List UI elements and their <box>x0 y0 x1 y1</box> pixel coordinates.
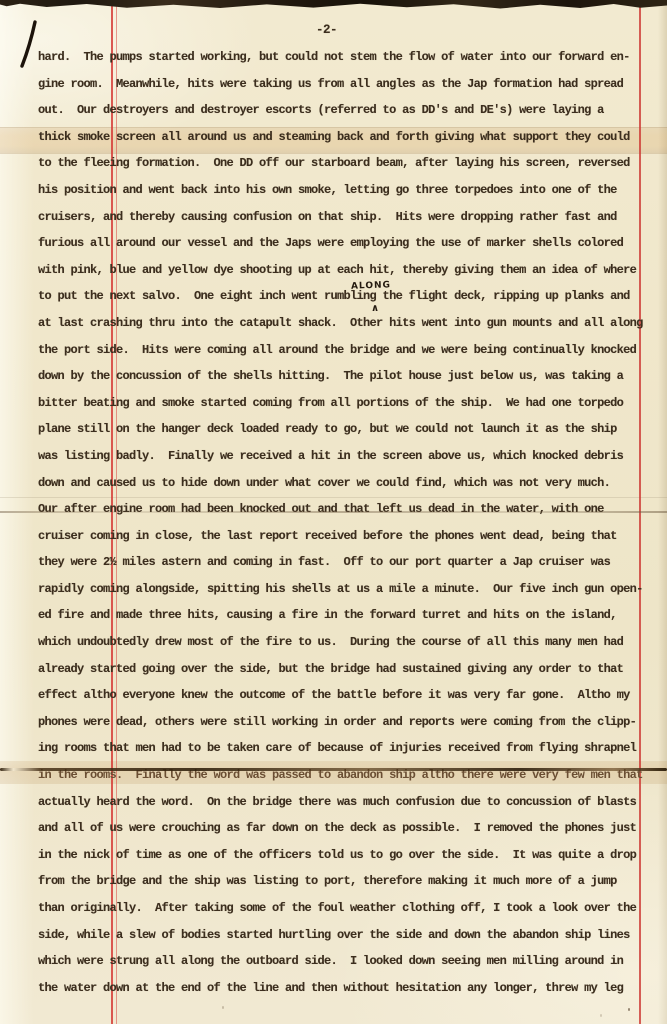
typed-line: gine room. Meanwhile, hits were taking u… <box>38 77 643 104</box>
typed-text-body: hard. The pumps started working, but cou… <box>38 50 643 1007</box>
typed-line: his position and went back into his own … <box>38 183 643 210</box>
typed-line: ing rooms that men had to be taken care … <box>38 741 643 768</box>
handwritten-slash-mark <box>18 20 40 75</box>
typed-line: than originally. After taking some of th… <box>38 901 643 928</box>
typed-line: furious all around our vessel and the Ja… <box>38 236 643 263</box>
typed-line: cruiser coming in close, the last report… <box>38 529 643 556</box>
page-number: -2- <box>316 23 337 37</box>
typed-line: already started going over the side, but… <box>38 662 643 689</box>
typed-line: and all of us were crouching as far down… <box>38 821 643 848</box>
handwritten-insertion-word: ALONG <box>351 280 391 291</box>
typed-line: thick smoke screen all around us and ste… <box>38 130 643 157</box>
typed-line: down and caused us to hide down under wh… <box>38 476 643 503</box>
typed-line: hard. The pumps started working, but cou… <box>38 50 643 77</box>
scanned-document-page: -2- hard. The pumps started working, but… <box>0 0 667 1024</box>
typed-line: to put the next salvo. One eight inch we… <box>38 289 643 316</box>
typed-line: actually heard the word. On the bridge t… <box>38 795 643 822</box>
crease-line-middle <box>0 511 667 513</box>
typed-line: cruisers, and thereby causing confusion … <box>38 210 643 237</box>
scan-top-edge <box>0 0 667 10</box>
typed-line: effect altho everyone knew the outcome o… <box>38 688 643 715</box>
typed-line: plane still on the hanger deck loaded re… <box>38 422 643 449</box>
typed-line: which were strung all along the outboard… <box>38 954 643 981</box>
paper-specks <box>628 1008 630 1011</box>
typed-line: with pink, blue and yellow dye shooting … <box>38 263 643 290</box>
typed-line: to the fleeing formation. One DD off our… <box>38 156 643 183</box>
typed-line: side, while a slew of bodies started hur… <box>38 928 643 955</box>
typed-line: was listing badly. Finally we received a… <box>38 449 643 476</box>
typed-line: ed fire and made three hits, causing a f… <box>38 608 643 635</box>
typed-line: in the rooms. Finally the word was passe… <box>38 768 643 795</box>
typed-line: Our after engine room had been knocked o… <box>38 502 643 529</box>
insertion-caret-icon: ∧ <box>371 303 379 314</box>
typed-line: which undoubtedly drew most of the fire … <box>38 635 643 662</box>
typed-line: the port side. Hits were coming all arou… <box>38 343 643 370</box>
crease-line-dark <box>0 768 667 771</box>
typed-line: phones were dead, others were still work… <box>38 715 643 742</box>
typed-line: they were 2½ miles astern and coming in … <box>38 555 643 582</box>
typed-line: down by the concussion of the shells hit… <box>38 369 643 396</box>
typed-line: bitter beating and smoke started coming … <box>38 396 643 423</box>
typed-line: rapidly coming alongside, spitting his s… <box>38 582 643 609</box>
typed-line: the water down at the end of the line an… <box>38 981 643 1008</box>
typed-line: out. Our destroyers and destroyer escort… <box>38 103 643 130</box>
typed-line: in the nick of time as one of the office… <box>38 848 643 875</box>
typed-line: from the bridge and the ship was listing… <box>38 874 643 901</box>
typed-line: at last crashing thru into the catapult … <box>38 316 643 343</box>
